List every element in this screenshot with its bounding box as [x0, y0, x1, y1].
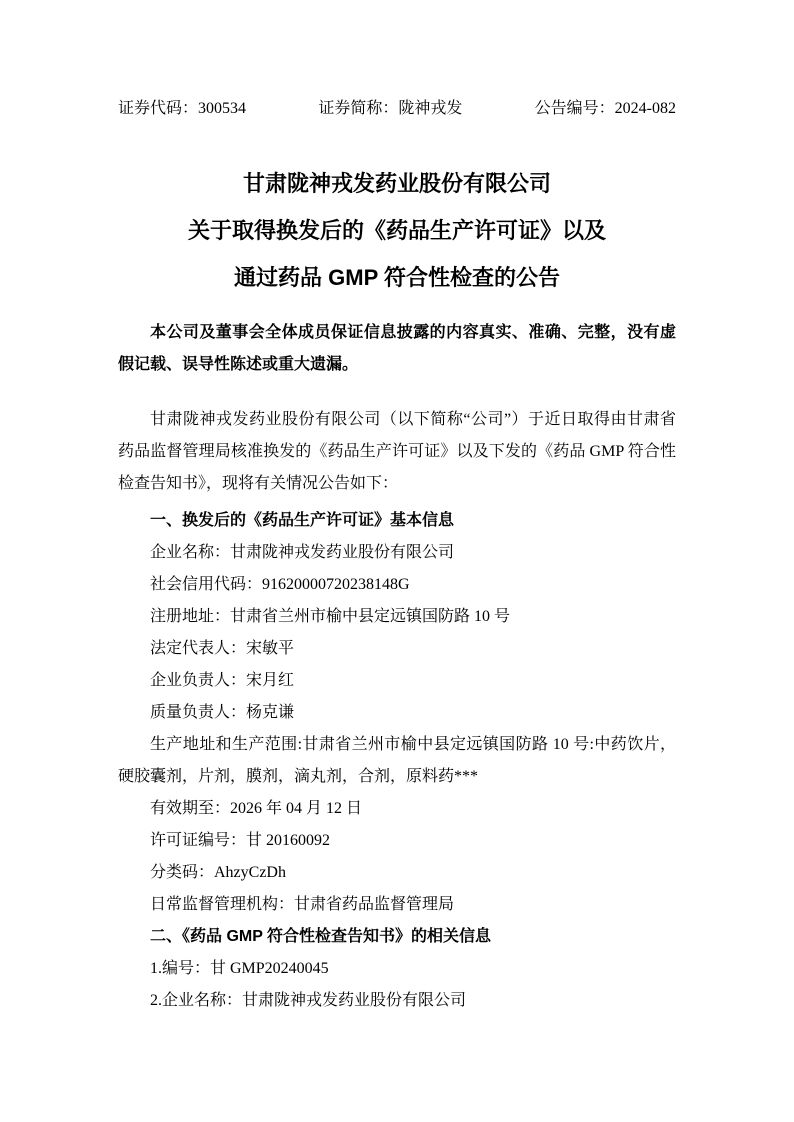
license-number-line: 许可证编号：甘 20160092: [118, 825, 676, 857]
gmp-company-name-line: 2.企业名称：甘肃陇神戎发药业股份有限公司: [118, 985, 676, 1017]
registered-address-line: 注册地址：甘肃省兰州市榆中县定远镇国防路 10 号: [118, 601, 676, 633]
company-principal-line: 企业负责人：宋月红: [118, 665, 676, 697]
section2-heading: 二、《药品 GMP 符合性检查告知书》的相关信息: [118, 921, 676, 953]
title-line-1: 甘肃陇神戎发药业股份有限公司: [118, 160, 676, 207]
title-line-3: 通过药品 GMP 符合性检查的公告: [118, 254, 676, 301]
title-line-2: 关于取得换发后的《药品生产许可证》以及: [118, 207, 676, 254]
gmp-notice-number-line: 1.编号：甘 GMP20240045: [118, 953, 676, 985]
document-body: 一、换发后的《药品生产许可证》基本信息 企业名称：甘肃陇神戎发药业股份有限公司 …: [118, 505, 676, 1017]
credit-code-line: 社会信用代码：91620000720238148G: [118, 569, 676, 601]
validity-date-line: 有效期至：2026 年 04 月 12 日: [118, 793, 676, 825]
quality-principal-line: 质量负责人：杨克谦: [118, 697, 676, 729]
section1-heading: 一、换发后的《药品生产许可证》基本信息: [118, 505, 676, 537]
production-scope-paragraph: 生产地址和生产范围:甘肃省兰州市榆中县定远镇国防路 10 号:中药饮片，硬胶囊剂…: [118, 729, 676, 793]
legal-representative-line: 法定代表人：宋敏平: [118, 633, 676, 665]
stock-abbreviation: 证券简称：陇神戎发: [318, 98, 462, 119]
document-header: 证券代码：300534 证券简称：陇神戎发 公告编号：2024-082: [118, 98, 676, 119]
stock-code: 证券代码：300534: [118, 98, 246, 119]
document-title: 甘肃陇神戎发药业股份有限公司 关于取得换发后的《药品生产许可证》以及 通过药品 …: [118, 160, 676, 301]
classification-code-line: 分类码：AhzyCzDh: [118, 857, 676, 889]
board-disclaimer-paragraph: 本公司及董事会全体成员保证信息披露的内容真实、准确、完整，没有虚假记载、误导性陈…: [118, 317, 676, 381]
intro-paragraph: 甘肃陇神戎发药业股份有限公司（以下简称“公司”）于近日取得由甘肃省药品监督管理局…: [118, 404, 676, 500]
supervision-authority-line: 日常监督管理机构：甘肃省药品监督管理局: [118, 889, 676, 921]
company-name-line: 企业名称：甘肃陇神戎发药业股份有限公司: [118, 537, 676, 569]
announcement-document: 证券代码：300534 证券简称：陇神戎发 公告编号：2024-082 甘肃陇神…: [0, 0, 794, 1122]
announcement-number: 公告编号：2024-082: [535, 98, 676, 119]
